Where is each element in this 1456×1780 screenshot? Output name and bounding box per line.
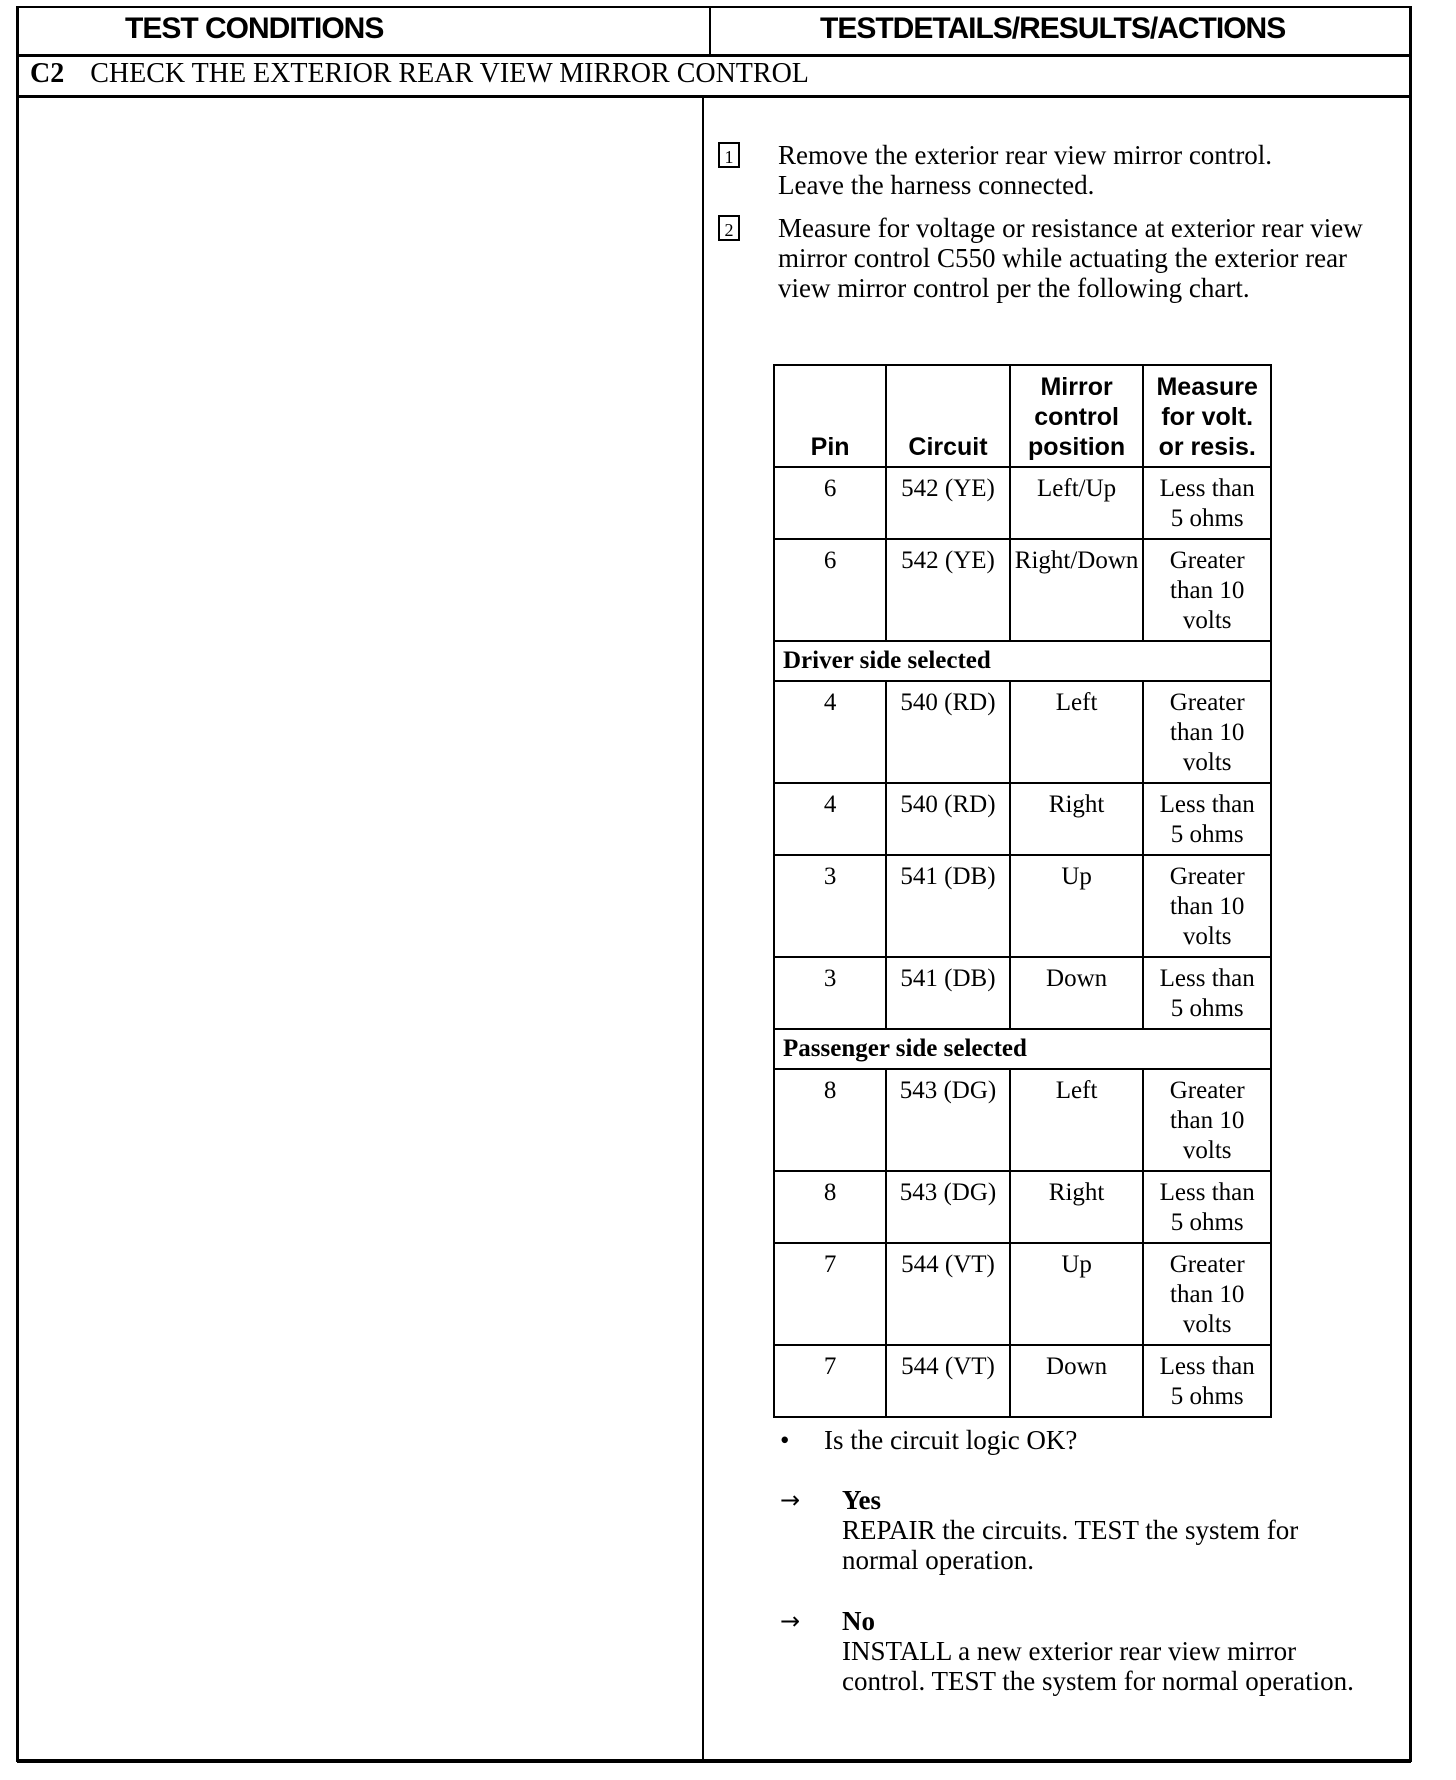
- pin-cell: 6: [774, 539, 886, 641]
- circuit-cell: 542 (YE): [886, 539, 1010, 641]
- answer-text: INSTALL a new exterior rear view mirror …: [842, 1636, 1362, 1696]
- circuit-cell: 542 (YE): [886, 467, 1010, 539]
- pin-cell: 6: [774, 467, 886, 539]
- circuit-cell: 543 (DG): [886, 1171, 1010, 1243]
- section-title-text: CHECK THE EXTERIOR REAR VIEW MIRROR CONT…: [90, 58, 809, 89]
- frame-right-border: [1409, 6, 1412, 1762]
- answer-yes: → Yes REPAIR the circuits. TEST the syst…: [780, 1485, 1360, 1580]
- position-cell: Left: [1010, 681, 1144, 783]
- circuit-cell: 543 (DG): [886, 1069, 1010, 1171]
- pin-cell: 8: [774, 1069, 886, 1171]
- bullet-icon: •: [780, 1425, 789, 1456]
- table-row: 8543 (DG)RightLess than 5 ohms: [774, 1171, 1271, 1243]
- table-group-row: Passenger side selected: [774, 1029, 1271, 1069]
- column-header-test-details: TESTDETAILS/RESULTS/ACTIONS: [820, 12, 1285, 46]
- step-text: Remove the exterior rear view mirror con…: [778, 140, 1338, 200]
- pin-cell: 7: [774, 1345, 886, 1417]
- table-row: 4540 (RD)LeftGreater than 10 volts: [774, 681, 1271, 783]
- table-row: 6542 (YE)Left/UpLess than 5 ohms: [774, 467, 1271, 539]
- column-header-pin: Pin: [774, 365, 886, 467]
- group-label: Driver side selected: [774, 641, 1271, 681]
- section-title: C2CHECK THE EXTERIOR REAR VIEW MIRROR CO…: [30, 58, 809, 90]
- position-cell: Right: [1010, 1171, 1144, 1243]
- position-cell: Left: [1010, 1069, 1144, 1171]
- table-header-row: Pin Circuit Mirror control position Meas…: [774, 365, 1271, 467]
- step-2: 2 Measure for voltage or resistance at e…: [718, 213, 1398, 333]
- test-conditions-area: [19, 98, 702, 1758]
- measure-cell: Less than 5 ohms: [1143, 1345, 1271, 1417]
- header-bottom-rule: [17, 54, 1411, 57]
- pin-cell: 3: [774, 957, 886, 1029]
- step-1: 1 Remove the exterior rear view mirror c…: [718, 140, 1398, 200]
- circuit-cell: 540 (RD): [886, 681, 1010, 783]
- measure-cell: Less than 5 ohms: [1143, 467, 1271, 539]
- measure-cell: Greater than 10 volts: [1143, 1069, 1271, 1171]
- circuit-cell: 541 (DB): [886, 957, 1010, 1029]
- measure-cell: Greater than 10 volts: [1143, 1243, 1271, 1345]
- table-group-row: Driver side selected: [774, 641, 1271, 681]
- column-header-measure: Measure for volt. or resis.: [1143, 365, 1271, 467]
- table-row: 7544 (VT)UpGreater than 10 volts: [774, 1243, 1271, 1345]
- position-cell: Left/Up: [1010, 467, 1144, 539]
- circuit-cell: 544 (VT): [886, 1243, 1010, 1345]
- table-row: 8543 (DG)LeftGreater than 10 volts: [774, 1069, 1271, 1171]
- arrow-right-icon: →: [780, 1485, 800, 1515]
- answer-text: REPAIR the circuits. TEST the system for…: [842, 1515, 1362, 1575]
- pin-cell: 7: [774, 1243, 886, 1345]
- measure-cell: Less than 5 ohms: [1143, 1171, 1271, 1243]
- question-text: Is the circuit logic OK?: [824, 1425, 1077, 1456]
- frame-bottom-border: [17, 1759, 1411, 1763]
- answer-no: → No INSTALL a new exterior rear view mi…: [780, 1606, 1360, 1731]
- table-body: 6542 (YE)Left/UpLess than 5 ohms6542 (YE…: [774, 467, 1271, 1417]
- step-number-box: 2: [718, 215, 740, 241]
- measure-cell: Greater than 10 volts: [1143, 539, 1271, 641]
- answer-label: No: [842, 1606, 875, 1636]
- pin-cell: 4: [774, 681, 886, 783]
- table-row: 3541 (DB)UpGreater than 10 volts: [774, 855, 1271, 957]
- table-row: 4540 (RD)RightLess than 5 ohms: [774, 783, 1271, 855]
- measurement-table: Pin Circuit Mirror control position Meas…: [773, 364, 1272, 1418]
- circuit-cell: 540 (RD): [886, 783, 1010, 855]
- position-cell: Right/Down: [1010, 539, 1144, 641]
- group-label: Passenger side selected: [774, 1029, 1271, 1069]
- position-cell: Right: [1010, 783, 1144, 855]
- column-header-test-conditions: TEST CONDITIONS: [125, 12, 383, 46]
- section-code: C2: [30, 58, 64, 89]
- position-cell: Up: [1010, 1243, 1144, 1345]
- measure-cell: Less than 5 ohms: [1143, 783, 1271, 855]
- position-cell: Down: [1010, 1345, 1144, 1417]
- circuit-cell: 544 (VT): [886, 1345, 1010, 1417]
- pin-cell: 8: [774, 1171, 886, 1243]
- pin-cell: 3: [774, 855, 886, 957]
- answer-label: Yes: [842, 1485, 881, 1515]
- measure-cell: Greater than 10 volts: [1143, 855, 1271, 957]
- pin-cell: 4: [774, 783, 886, 855]
- measure-cell: Greater than 10 volts: [1143, 681, 1271, 783]
- circuit-cell: 541 (DB): [886, 855, 1010, 957]
- table-row: 7544 (VT)DownLess than 5 ohms: [774, 1345, 1271, 1417]
- measure-cell: Less than 5 ohms: [1143, 957, 1271, 1029]
- column-header-position: Mirror control position: [1010, 365, 1144, 467]
- frame-top-border: [17, 6, 1411, 8]
- column-header-circuit: Circuit: [886, 365, 1010, 467]
- step-text: Measure for voltage or resistance at ext…: [778, 213, 1403, 303]
- body-column-divider: [702, 97, 704, 1762]
- position-cell: Down: [1010, 957, 1144, 1029]
- table-row: 6542 (YE)Right/DownGreater than 10 volts: [774, 539, 1271, 641]
- step-number-box: 1: [718, 142, 740, 168]
- header-column-divider: [709, 6, 711, 55]
- position-cell: Up: [1010, 855, 1144, 957]
- table-row: 3541 (DB)DownLess than 5 ohms: [774, 957, 1271, 1029]
- arrow-right-icon: →: [780, 1606, 800, 1636]
